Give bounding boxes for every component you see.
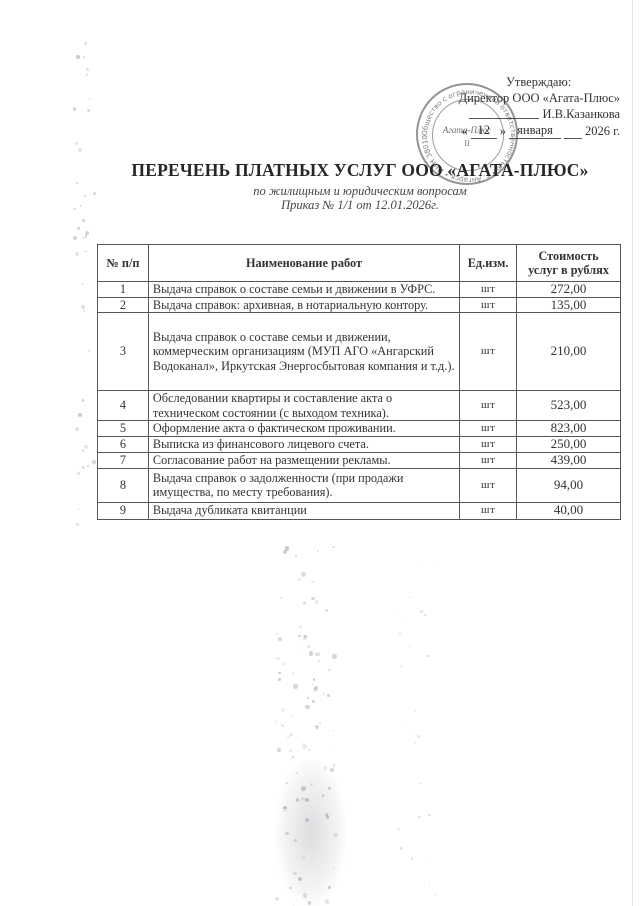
row-unit: шт — [460, 436, 517, 452]
speckle — [325, 899, 329, 903]
row-service-name: Выдача справок о составе семьи и движени… — [148, 313, 459, 391]
speckle — [303, 601, 306, 604]
speckle — [329, 750, 331, 752]
speckle — [313, 678, 316, 681]
speckle — [85, 231, 89, 235]
table-row: 2Выдача справок: архивная, в нотариальну… — [98, 297, 621, 313]
speckle — [307, 697, 309, 699]
row-num: 7 — [98, 452, 149, 468]
speckle — [298, 877, 302, 881]
speckle — [317, 550, 319, 552]
table-row: 9Выдача дубликата квитанциишт40,00 — [98, 502, 621, 519]
speckle — [418, 816, 421, 819]
speckle — [426, 655, 428, 657]
speckle — [278, 678, 281, 681]
speckle — [73, 208, 75, 210]
speckle — [82, 399, 85, 402]
speckle — [86, 73, 89, 76]
stamp-company-name: Агата-Плюс — [418, 125, 516, 135]
row-service-name: Выдача справок о составе семьи и движени… — [148, 282, 459, 298]
speckle — [323, 693, 325, 695]
speckle — [76, 523, 79, 526]
header-price: Стоимость услуг в рублях — [517, 245, 621, 282]
speckle — [282, 663, 284, 665]
table-row: 6Выписка из финансового лицевого счета.ш… — [98, 436, 621, 452]
speckle — [92, 460, 96, 464]
speckle — [290, 733, 293, 736]
speckle — [398, 615, 399, 616]
order-reference: Приказ № 1/1 от 12.01.2026г. — [0, 198, 640, 213]
speckle — [332, 546, 335, 549]
speckle — [281, 708, 285, 712]
speckle — [83, 237, 85, 239]
speckle — [278, 637, 281, 640]
speckle — [85, 235, 87, 237]
table-row: 3Выдача справок о составе семьи и движен… — [98, 313, 621, 391]
table-row: 7Согласование работ на размещении реклам… — [98, 452, 621, 468]
speckle — [293, 684, 298, 689]
speckle — [298, 635, 301, 638]
row-num: 9 — [98, 502, 149, 519]
speckle — [315, 652, 319, 656]
table-header-row: № п/п Наименование работ Ед.изм. Стоимос… — [98, 245, 621, 282]
speckle — [401, 617, 403, 619]
speckle — [292, 672, 295, 675]
speckle — [324, 766, 327, 769]
speckle — [409, 596, 411, 598]
speckle — [333, 833, 338, 838]
speckle — [76, 49, 78, 51]
speckle — [308, 749, 310, 751]
speckle — [313, 688, 317, 692]
speckle — [295, 555, 297, 557]
speckle — [289, 887, 291, 889]
speckle — [397, 828, 400, 831]
speckle — [87, 465, 89, 467]
speckle — [434, 562, 435, 563]
speckle — [89, 98, 91, 100]
speckle — [296, 798, 299, 801]
speckle — [333, 730, 335, 732]
speckle — [302, 744, 307, 749]
speckle — [434, 894, 436, 896]
speckle — [424, 614, 425, 615]
speckle — [77, 472, 80, 475]
row-service-name: Выдача справок о задолженности (при прод… — [148, 468, 459, 502]
speckle — [305, 818, 309, 822]
speckle — [275, 720, 278, 723]
speckle — [414, 710, 416, 712]
row-service-name: Выдача справок: архивная, в нотариальную… — [148, 297, 459, 313]
row-unit: шт — [460, 502, 517, 519]
header-price-line1: Стоимость — [521, 249, 616, 264]
speckle — [301, 572, 306, 577]
speckle — [322, 794, 324, 796]
speckle — [75, 427, 79, 431]
speckle — [278, 672, 281, 675]
speckle — [429, 884, 431, 886]
speckle — [400, 847, 403, 850]
header-name: Наименование работ — [148, 245, 459, 282]
speckle — [277, 748, 281, 752]
speckle — [280, 597, 282, 599]
speckle — [74, 471, 76, 473]
speckle — [405, 724, 406, 725]
speckle — [292, 756, 294, 758]
speckle — [399, 632, 402, 635]
speckle — [424, 857, 426, 859]
row-num: 4 — [98, 391, 149, 421]
speckle — [73, 107, 77, 111]
speckle — [309, 651, 313, 655]
speckle — [332, 654, 337, 659]
speckle — [87, 109, 90, 112]
row-price: 135,00 — [517, 297, 621, 313]
speckle — [289, 749, 293, 753]
speckle — [299, 625, 302, 628]
speckle — [400, 666, 402, 668]
speckle — [78, 413, 82, 417]
speckle — [417, 735, 420, 738]
row-price: 94,00 — [517, 468, 621, 502]
speckle — [76, 182, 78, 184]
speckle — [290, 716, 292, 718]
row-num: 1 — [98, 282, 149, 298]
speckle — [327, 694, 330, 697]
speckle — [287, 735, 290, 738]
speckle — [78, 148, 82, 152]
speckle — [409, 645, 410, 646]
row-unit: шт — [460, 313, 517, 391]
table-row: 8Выдача справок о задолженности (при про… — [98, 468, 621, 502]
speckle — [77, 227, 81, 231]
services-table: № п/п Наименование работ Ед.изм. Стоимос… — [97, 244, 621, 520]
speckle — [85, 251, 87, 253]
stamp-mark: II — [418, 139, 516, 148]
row-price: 210,00 — [517, 313, 621, 391]
row-price: 272,00 — [517, 282, 621, 298]
speckle — [414, 742, 416, 744]
approval-signer: И.В.Казанкова — [543, 106, 620, 122]
speckle — [75, 142, 78, 145]
speckle — [422, 561, 423, 562]
document-subtitle: по жилищным и юридическим вопросам — [0, 184, 640, 199]
speckle — [315, 600, 319, 604]
speckle — [328, 669, 330, 671]
date-year: 2026 г. — [585, 123, 620, 139]
speckle — [302, 856, 305, 859]
speckle — [420, 783, 421, 784]
row-unit: шт — [460, 282, 517, 298]
speckle — [318, 660, 320, 662]
row-unit: шт — [460, 468, 517, 502]
speckle — [319, 722, 321, 724]
speckle — [307, 645, 310, 648]
speckle — [296, 772, 298, 774]
row-num: 8 — [98, 468, 149, 502]
speckle — [73, 236, 77, 240]
row-price: 40,00 — [517, 502, 621, 519]
row-price: 250,00 — [517, 436, 621, 452]
table-row: 5Оформление акта о фактическом проживани… — [98, 421, 621, 437]
row-num: 6 — [98, 436, 149, 452]
speckle — [76, 55, 80, 59]
table-row: 4Обследовании квартиры и составление акт… — [98, 391, 621, 421]
row-service-name: Обследовании квартиры и составление акта… — [148, 391, 459, 421]
header-price-line2: услуг в рублях — [521, 263, 616, 278]
speckle — [312, 683, 314, 685]
row-unit: шт — [460, 297, 517, 313]
speckle — [312, 581, 314, 583]
row-num: 5 — [98, 421, 149, 437]
row-num: 3 — [98, 313, 149, 391]
speckle — [283, 806, 287, 810]
speckle — [428, 814, 430, 816]
speckle — [298, 578, 301, 581]
speckle — [83, 56, 85, 58]
speckle — [315, 725, 320, 730]
speckle — [276, 657, 280, 661]
speckle — [78, 508, 80, 510]
speckle — [86, 68, 89, 71]
speckle — [408, 734, 409, 735]
speckle — [312, 700, 315, 703]
speckle — [88, 350, 90, 352]
speckle — [314, 548, 316, 550]
row-unit: шт — [460, 421, 517, 437]
row-unit: шт — [460, 452, 517, 468]
document-title: ПЕРЕЧЕНЬ ПЛАТНЫХ УСЛУГ ООО «АГАТА-ПЛЮС» — [0, 160, 640, 181]
speckle — [281, 724, 284, 727]
row-service-name: Оформление акта о фактическом проживании… — [148, 421, 459, 437]
speckle — [303, 635, 307, 639]
speckle — [276, 633, 278, 635]
speckle — [325, 609, 328, 612]
speckle — [82, 283, 84, 285]
speckle — [420, 610, 423, 613]
speckle — [83, 310, 85, 312]
speckle — [285, 832, 289, 836]
speckle — [311, 597, 315, 601]
speckle — [411, 857, 413, 859]
row-price: 439,00 — [517, 452, 621, 468]
row-service-name: Выписка из финансового лицевого счета. — [148, 436, 459, 452]
speckle — [283, 550, 287, 554]
speckle — [82, 449, 85, 452]
speckle — [305, 705, 310, 710]
speckle — [84, 445, 88, 449]
row-num: 2 — [98, 297, 149, 313]
speckle — [82, 466, 85, 469]
row-price: 523,00 — [517, 391, 621, 421]
header-num: № п/п — [98, 245, 149, 282]
row-service-name: Выдача дубликата квитанции — [148, 502, 459, 519]
row-unit: шт — [460, 391, 517, 421]
row-service-name: Согласование работ на размещении рекламы… — [148, 452, 459, 468]
speckle — [299, 647, 301, 649]
row-price: 823,00 — [517, 421, 621, 437]
speckle — [75, 252, 79, 256]
speckle — [303, 893, 308, 898]
header-unit: Ед.изм. — [460, 245, 517, 282]
page-edge — [632, 0, 633, 906]
speckle — [275, 897, 279, 901]
table-row: 1Выдача справок о составе семьи и движен… — [98, 282, 621, 298]
speckle — [81, 305, 85, 309]
speckle — [82, 219, 85, 222]
speckle — [328, 787, 331, 790]
speckle — [84, 42, 86, 44]
date-blank — [564, 122, 582, 139]
